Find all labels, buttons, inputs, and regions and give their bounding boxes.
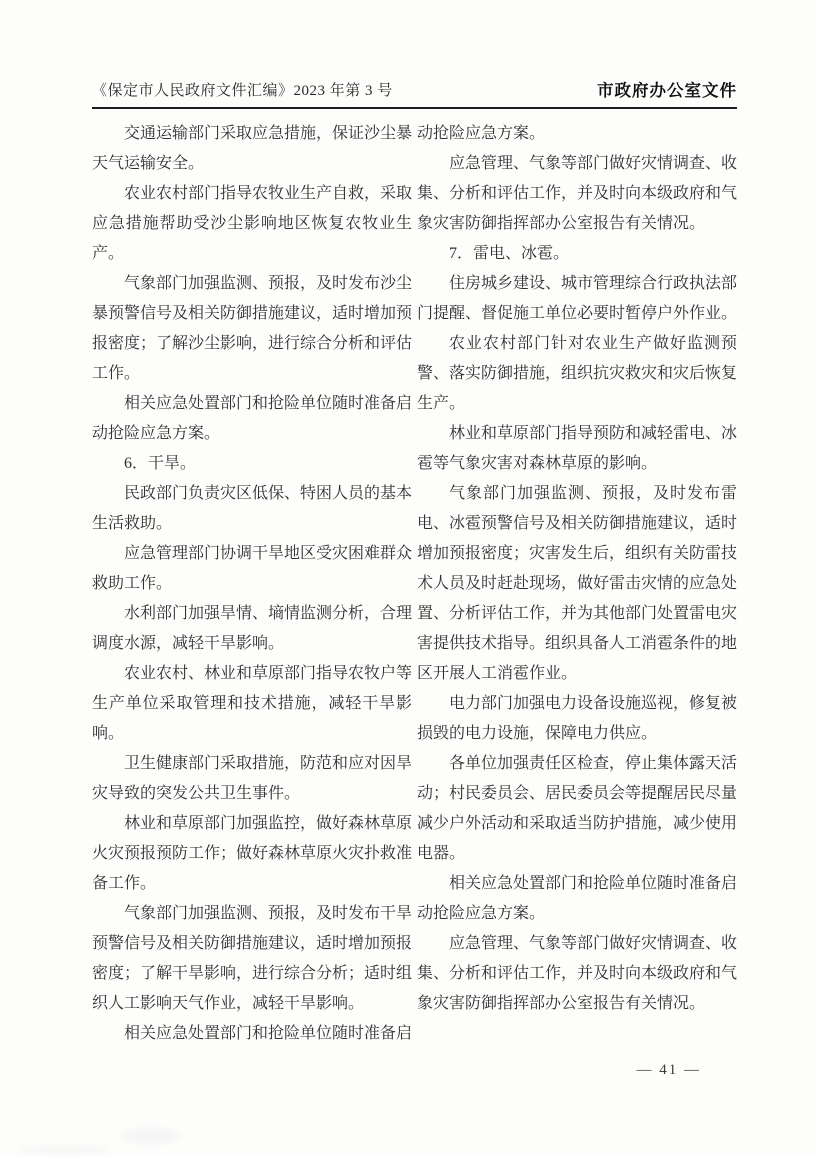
scan-smudge xyxy=(120,1128,180,1144)
page-footer: — 41 — xyxy=(92,1062,737,1079)
paragraph: 住房城乡建设、城市管理综合行政执法部门提醒、督促施工单位必要时暂停户外作业。 xyxy=(417,269,737,329)
page-header: 《保定市人民政府文件汇编》2023 年第 3 号 市政府办公室文件 xyxy=(92,82,737,109)
scan-smudge xyxy=(20,1146,110,1154)
header-doc-category: 市政府办公室文件 xyxy=(597,82,737,100)
section-heading: 6．干旱。 xyxy=(92,449,412,479)
paragraph: 民政部门负责灾区低保、特困人员的基本生活救助。 xyxy=(92,479,412,539)
paragraph: 相关应急处置部门和抢险单位随时准备启动抢险应急方案。 xyxy=(92,389,412,449)
paragraph: 卫生健康部门采取措施，防范和应对因旱灾导致的突发公共卫生事件。 xyxy=(92,749,412,809)
paragraph: 应急管理、气象等部门做好灾情调查、收集、分析和评估工作，并及时向本级政府和气象灾… xyxy=(417,149,737,239)
paragraph: 应急管理部门协调干旱地区受灾困难群众救助工作。 xyxy=(92,539,412,599)
paragraph: 电力部门加强电力设备设施巡视，修复被损毁的电力设施，保障电力供应。 xyxy=(417,689,737,749)
paragraph: 农业农村部门针对农业生产做好监测预警、落实防御措施，组织抗灾救灾和灾后恢复生产。 xyxy=(417,329,737,419)
paragraph: 相关应急处置部门和抢险单位随时准备启动抢险应急方案。 xyxy=(417,869,737,929)
paragraph: 气象部门加强监测、预报，及时发布沙尘暴预警信号及相关防御措施建议，适时增加预报密… xyxy=(92,269,412,389)
paragraph: 相关应急处置部门和抢险单位随时准备启 xyxy=(92,1019,412,1049)
paragraph: 交通运输部门采取应急措施，保证沙尘暴天气运输安全。 xyxy=(92,119,412,179)
document-page: 《保定市人民政府文件汇编》2023 年第 3 号 市政府办公室文件 交通运输部门… xyxy=(0,0,817,1156)
left-column: 交通运输部门采取应急措施，保证沙尘暴天气运输安全。农业农村部门指导农牧业生产自救… xyxy=(92,119,412,1049)
paragraph: 水利部门加强旱情、墒情监测分析，合理调度水源，减轻干旱影响。 xyxy=(92,599,412,659)
section-heading: 7．雷电、冰雹。 xyxy=(417,239,737,269)
paragraph: 气象部门加强监测、预报，及时发布雷电、冰雹预警信号及相关防御措施建议，适时增加预… xyxy=(417,479,737,689)
right-column: 动抢险应急方案。应急管理、气象等部门做好灾情调查、收集、分析和评估工作，并及时向… xyxy=(417,119,737,1049)
paragraph: 农业农村、林业和草原部门指导农牧户等生产单位采取管理和技术措施，减轻干旱影响。 xyxy=(92,659,412,749)
page-number: — 41 — xyxy=(637,1062,702,1078)
paragraph: 气象部门加强监测、预报，及时发布干旱预警信号及相关防御措施建议，适时增加预报密度… xyxy=(92,899,412,1019)
paragraph: 应急管理、气象等部门做好灾情调查、收集、分析和评估工作，并及时向本级政府和气象灾… xyxy=(417,929,737,1019)
paragraph: 各单位加强责任区检查，停止集体露天活动；村民委员会、居民委员会等提醒居民尽量减少… xyxy=(417,749,737,869)
paragraph: 林业和草原部门加强监控，做好森林草原火灾预报预防工作；做好森林草原火灾扑救准备工… xyxy=(92,809,412,899)
two-column-body: 交通运输部门采取应急措施，保证沙尘暴天气运输安全。农业农村部门指导农牧业生产自救… xyxy=(92,119,737,1049)
paragraph: 林业和草原部门指导预防和减轻雷电、冰雹等气象灾害对森林草原的影响。 xyxy=(417,419,737,479)
paragraph: 动抢险应急方案。 xyxy=(417,119,737,149)
paragraph: 农业农村部门指导农牧业生产自救，采取应急措施帮助受沙尘影响地区恢复农牧业生产。 xyxy=(92,179,412,269)
header-journal-title: 《保定市人民政府文件汇编》2023 年第 3 号 xyxy=(92,82,393,100)
